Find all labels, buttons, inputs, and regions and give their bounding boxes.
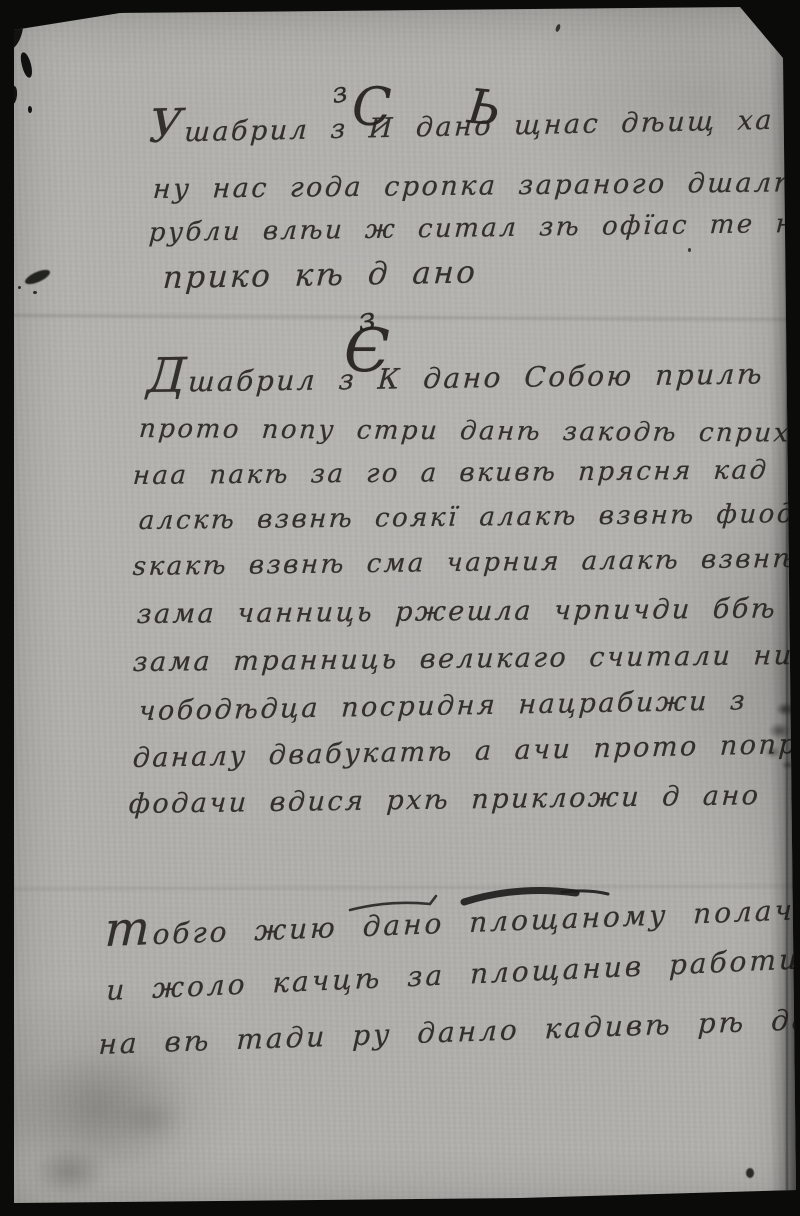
- manuscript-line: фодачи вдися рхѣ прикложи д ано: [128, 780, 761, 820]
- manuscript-line: прото попу стри данѣ закодѣ сприхошань: [138, 414, 800, 449]
- fold-crease: [10, 314, 796, 321]
- ink-speck: [688, 248, 691, 252]
- stain: [118, 1098, 182, 1140]
- manuscript-paper: з С Ь Ушабрил з И дано щнас дѣищ ха дичт…: [0, 0, 800, 1216]
- manuscript-line: алскѣ взвнѣ соякї алакѣ взвнѣ фиодовѣ: [138, 498, 800, 536]
- torn-edge-mark: [28, 106, 32, 113]
- manuscript-line: зама чанниць ржешла чрпичди ббѣ зи: [136, 593, 800, 630]
- manuscript-line: наа пакѣ за го а вкивѣ прясня кад цѣ: [132, 455, 800, 491]
- ink-speck: [33, 291, 37, 294]
- manuscript-line: Дшабрил з К дано Собою прилѣ: [146, 357, 765, 399]
- torn-edge-mark: [19, 51, 34, 78]
- ink-speck: [18, 286, 21, 289]
- manuscript-line: ѕкакѣ взвнѣ сма чарния алакѣ взвнѣ: [132, 544, 799, 582]
- manuscript-line: ну нас года сропка зараного дшалѣ: [152, 167, 800, 205]
- stain: [32, 1148, 106, 1196]
- manuscript-photo: з С Ь Ушабрил з И дано щнас дѣищ ха дичт…: [0, 0, 800, 1216]
- manuscript-line: чободѣдца посридня нацрабижи з: [138, 685, 748, 727]
- manuscript-line: зама транниць великаго считали никлвѣ: [132, 639, 800, 678]
- ink-speck: [746, 1168, 754, 1178]
- manuscript-line: даналу двабукатѣ а ачи прото попри: [132, 729, 800, 774]
- manuscript-line: прико кѣ д ано: [162, 254, 478, 296]
- torn-edge-mark: [9, 86, 18, 105]
- ink-blot: [23, 267, 52, 287]
- manuscript-line: на вѣ тади ру данло кадивѣ рѣ дана почтр…: [98, 996, 800, 1061]
- manuscript-line: рубли влѣи ж ситал зѣ офїас те нано рбив: [148, 207, 800, 248]
- page-edge-line: [786, 40, 788, 1200]
- torn-edge-mark: [1, 12, 27, 51]
- ink-speck: [555, 24, 561, 33]
- entry1-mark-small: з: [330, 75, 350, 110]
- page-edge-shadow: [770, 0, 800, 1216]
